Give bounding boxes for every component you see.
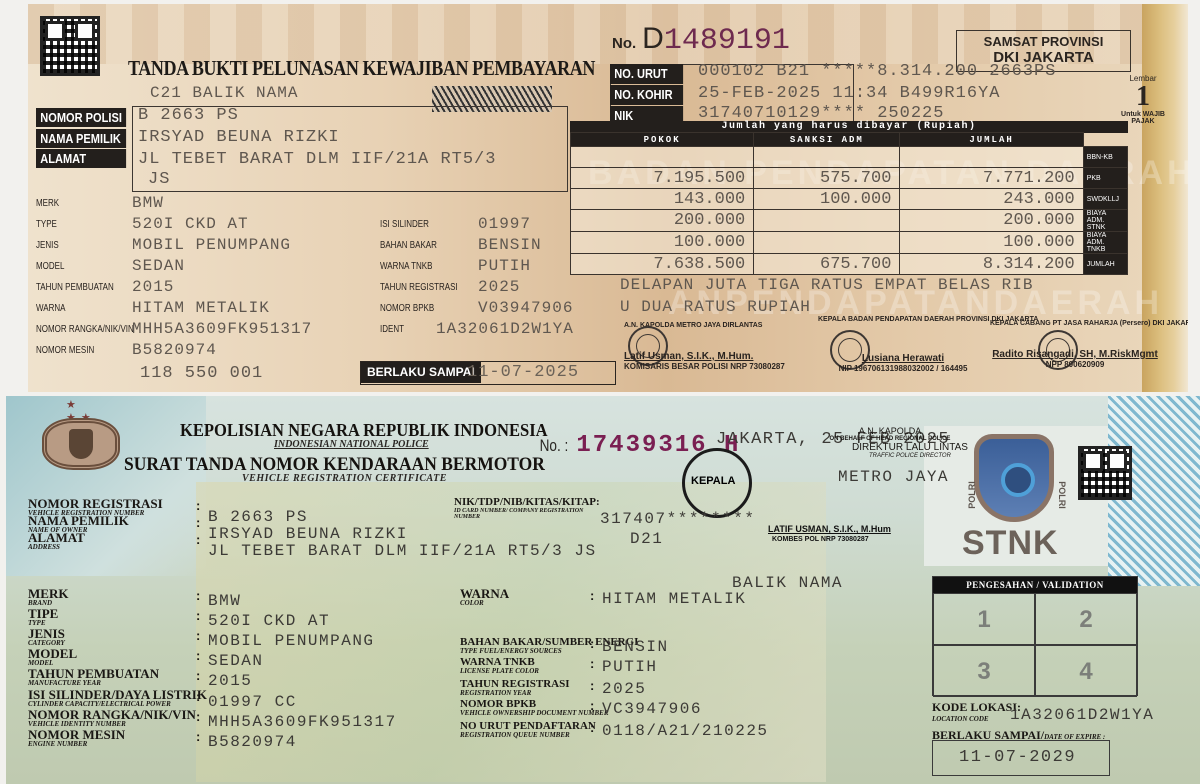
colon: : xyxy=(590,678,594,693)
stnk-field-value: 01997 CC xyxy=(208,693,297,711)
no-urut-value: 000102 B21 *****8.314.200 2663PS xyxy=(698,62,1056,81)
colon: : xyxy=(196,608,200,623)
column-sanksi: SANKSI ADM xyxy=(754,133,900,147)
colon: : xyxy=(196,668,200,683)
colon: : xyxy=(196,648,200,663)
payment-jumlah xyxy=(900,147,1083,168)
payment-type-label: BIAYA ADM. TNKB xyxy=(1083,232,1127,254)
vehicle-field-label: WARNA xyxy=(36,303,65,314)
nama-pemilik-value: IRSYAD BEUNA RIZKI xyxy=(138,128,340,147)
stnk-field-label: WARNA TNKB LICENSE PLATE COLOR xyxy=(460,656,539,675)
vehicle-field-label: WARNA TNKB xyxy=(380,261,432,272)
stnk-field-label: NOMOR BPKB VEHICLE OWNERSHIP DOCUMENT NU… xyxy=(460,698,609,717)
no-kohir-value: 25-FEB-2025 11:34 B499R16YA xyxy=(698,84,1000,103)
id-value: 317407******** xyxy=(600,510,755,528)
stnk-field-label: ISI SILINDER/DAYA LISTRIK CYLINDER CAPAC… xyxy=(28,689,207,708)
terbilang-line-2: U DUA RATUS RUPIAH xyxy=(620,298,811,316)
stnk-title: KEPOLISIAN NEGARA REPUBLIK INDONESIA xyxy=(180,420,548,441)
vehicle-field-value: PUTIH xyxy=(478,257,531,275)
vehicle-field-value: 520I CKD AT xyxy=(132,215,249,233)
payment-row: 143.000100.000243.000SWDKLLJ xyxy=(571,189,1128,210)
vehicle-field-label: TAHUN PEMBUATAN xyxy=(36,282,114,293)
stnk-field-label: TIPE TYPE xyxy=(28,608,58,627)
payment-pokok xyxy=(571,147,754,168)
stnk-field-label: ALAMAT ADDRESS xyxy=(28,532,85,551)
payment-pokok: 100.000 xyxy=(571,232,754,254)
payment-row: BBN-KB xyxy=(571,147,1128,168)
berlaku-sampai-value: 11-07-2025 xyxy=(467,363,579,382)
validation-grid: PENGESAHAN / VALIDATION 1 2 3 4 xyxy=(932,576,1138,696)
column-pokok: POKOK xyxy=(571,133,754,147)
vehicle-field-value: 2015 xyxy=(132,278,174,296)
vehicle-field-value: SEDAN xyxy=(132,257,185,275)
validation-cell-4: 4 xyxy=(1035,645,1137,697)
stnk-field-label: TAHUN PEMBUATAN MANUFACTURE YEAR xyxy=(28,668,159,687)
payment-sanksi: 675.700 xyxy=(754,254,900,275)
stnk-field-label: JENIS CATEGORY xyxy=(28,628,65,647)
payment-sanksi xyxy=(754,147,900,168)
vehicle-field-label: MERK xyxy=(36,198,59,209)
colon: : xyxy=(196,628,200,643)
validation-cell-1: 1 xyxy=(933,593,1035,645)
vehicle-field-label: NOMOR BPKB xyxy=(380,303,434,314)
payment-pokok: 200.000 xyxy=(571,210,754,232)
stnk-field-value: MHH5A3609FK951317 xyxy=(208,713,397,731)
stnk-field-label: MERK BRAND xyxy=(28,588,68,607)
kode-lokasi-label: KODE LOKASI: LOCATION CODE xyxy=(932,700,1021,723)
colon: : xyxy=(196,689,200,704)
kode-lokasi-value: 1A32061D2W1YA xyxy=(1010,706,1154,724)
stnk-field-label: WARNA COLOR xyxy=(460,588,509,607)
vehicle-field-value: B5820974 xyxy=(132,341,217,359)
payment-type-label: BBN-KB xyxy=(1083,147,1127,168)
payment-columns: POKOK SANKSI ADM JUMLAH xyxy=(571,133,1128,147)
payment-jumlah: 7.771.200 xyxy=(900,168,1083,189)
stnk-field-value: MOBIL PENUMPANG xyxy=(208,632,375,650)
payment-pokok: 143.000 xyxy=(571,189,754,210)
issuer-block: A.N. KAPOLDA ON BEHALF OF HEAD REGIONAL … xyxy=(812,426,968,459)
payment-pokok: 7.638.500 xyxy=(571,254,754,275)
nama-pemilik-label: NAMA PEMILIK xyxy=(36,129,126,148)
vehicle-field-value: BMW xyxy=(132,194,164,212)
transaction-type: C21 BALIK NAMA xyxy=(150,84,298,102)
stnk-field-value: 0118/A21/210225 xyxy=(602,722,769,740)
kepala-stamp-icon: KEPALA xyxy=(682,448,752,518)
alamat-value-cont: JS xyxy=(148,170,170,189)
vehicle-field-value: MOBIL PENUMPANG xyxy=(132,236,291,254)
payment-sanksi: 575.700 xyxy=(754,168,900,189)
payment-row: 200.000200.000BIAYA ADM. STNK xyxy=(571,210,1128,232)
colon: : xyxy=(590,656,594,671)
vehicle-field-value: 1A32061D2W1YA xyxy=(436,320,574,338)
payment-row: 7.195.500575.7007.771.200PKB xyxy=(571,168,1128,189)
colon: : xyxy=(196,515,200,530)
alamat-label: ALAMAT xyxy=(36,149,126,168)
stnk-field-value: SEDAN xyxy=(208,652,264,670)
vehicle-field-label: ISI SILINDER xyxy=(380,219,429,230)
polri-shield-icon xyxy=(974,434,1054,522)
issuer-rank: KOMBES POL NRP 73080287 xyxy=(772,536,869,543)
vehicle-field-value: 2025 xyxy=(478,278,520,296)
stnk-field-value: BENSIN xyxy=(602,638,669,656)
vehicle-field-value: V03947906 xyxy=(478,299,573,317)
terbilang-line-1: DELAPAN JUTA TIGA RATUS EMPAT BELAS RIB xyxy=(620,276,1033,294)
colon: : xyxy=(196,729,200,744)
document-title: TANDA BUKTI PELUNASAN KEWAJIBAN PEMBAYAR… xyxy=(128,56,595,81)
payment-pokok: 7.195.500 xyxy=(571,168,754,189)
stnk-field-label: NOMOR RANGKA/NIK/VIN VEHICLE IDENTITY NU… xyxy=(28,709,196,728)
no-kohir-label: NO. KOHIR xyxy=(610,85,683,105)
colon: : xyxy=(196,709,200,724)
id-label: NIK/TDP/NIB/KITAS/KITAP: ID CARD NUMBER/… xyxy=(454,496,600,520)
tbpkp-document: BADAN PENDAPATAN DAERAH ANPENDAPATANDAER… xyxy=(28,4,1188,392)
vehicle-field-label: IDENT xyxy=(380,324,404,335)
stnk-field-value: 2025 xyxy=(602,680,646,698)
stnk-hologram-badge: STNK POLRI POLRI xyxy=(956,430,1074,570)
lembar-indicator: Lembar 1 Untuk WAJIB PAJAK xyxy=(1118,74,1168,125)
colon: : xyxy=(590,698,594,713)
polri-crest-icon xyxy=(42,418,120,470)
vehicle-field-value: 01997 xyxy=(478,215,531,233)
colon: : xyxy=(196,532,200,547)
alamat-value: JL TEBET BARAT DLM IIF/21A RT5/3 xyxy=(138,150,496,169)
colon: : xyxy=(196,588,200,603)
stnk-field-value: B5820974 xyxy=(208,733,297,751)
issuer-name: LATIF USMAN, S.I.K., M.Hum xyxy=(768,524,891,534)
stnk-document: ★★ ★ KEPOLISIAN NEGARA REPUBLIK INDONESI… xyxy=(6,396,1200,784)
vehicle-field-label: TAHUN REGISTRASI xyxy=(380,282,458,293)
payment-jumlah: 200.000 xyxy=(900,210,1083,232)
extra-code-line: 118 550 001 xyxy=(140,364,263,383)
payment-type-label: BIAYA ADM. STNK xyxy=(1083,210,1127,232)
qr-code-icon xyxy=(40,16,100,76)
vehicle-field-label: JENIS xyxy=(36,240,59,251)
colon: : xyxy=(590,720,594,735)
vehicle-field-label: NOMOR RANGKA/NIK/VIN xyxy=(36,324,134,335)
payment-jumlah: 100.000 xyxy=(900,232,1083,254)
vehicle-field-label: MODEL xyxy=(36,261,64,272)
stnk-field-value: B 2663 PS xyxy=(208,508,308,526)
colon: : xyxy=(590,588,594,603)
stnk-field-label: NO URUT PENDAFTARAN REGISTRATION QUEUE N… xyxy=(460,720,596,739)
vehicle-field-label: TYPE xyxy=(36,219,57,230)
stnk-field-label: NOMOR MESIN ENGINE NUMBER xyxy=(28,729,125,748)
expire-box: 11-07-2029 xyxy=(932,740,1110,776)
document-number: No.D1489191 xyxy=(612,22,790,58)
berlaku-sampai-label: BERLAKU SAMPAI xyxy=(361,362,481,383)
qr-code-icon xyxy=(1078,446,1132,500)
stnk-field-label: TAHUN REGISTRASI REGISTRATION YEAR xyxy=(460,678,570,697)
payment-sanksi xyxy=(754,210,900,232)
stnk-field-value: BMW xyxy=(208,592,241,610)
stnk-field-value: 2015 xyxy=(208,672,252,690)
stnk-field-value: VC3947906 xyxy=(602,700,702,718)
colon: : xyxy=(590,636,594,651)
payment-type-label: SWDKLLJ xyxy=(1083,189,1127,210)
nomor-polisi-value: B 2663 PS xyxy=(138,106,239,125)
payment-jumlah: 243.000 xyxy=(900,189,1083,210)
signatory-3: KEPALA CABANG PT JASA RAHARJA (Persero) … xyxy=(990,320,1160,369)
payment-row: 7.638.500675.7008.314.200JUMLAH xyxy=(571,254,1128,275)
payment-sanksi xyxy=(754,232,900,254)
extra-code: D21 xyxy=(630,530,663,548)
stnk-field-label: MODEL MODEL xyxy=(28,648,77,667)
stnk-field-value: PUTIH xyxy=(602,658,658,676)
stnk-field-value: HITAM METALIK xyxy=(602,590,746,608)
payment-row: 100.000100.000BIAYA ADM. TNKB xyxy=(571,232,1128,254)
stnk-field-value: 520I CKD AT xyxy=(208,612,330,630)
expire-value: 11-07-2029 xyxy=(959,748,1076,767)
vehicle-field-value: BENSIN xyxy=(478,236,542,254)
nomor-polisi-label: NOMOR POLISI xyxy=(36,108,126,127)
signatory-2: KEPALA BADAN PENDAPATAN DAERAH PROVINSI … xyxy=(818,316,988,373)
stnk-doc-title-en: VEHICLE REGISTRATION CERTIFICATE xyxy=(242,473,447,484)
stnk-field-value: JL TEBET BARAT DLM IIF/21A RT5/3 JS xyxy=(208,542,597,560)
column-spacer xyxy=(1083,133,1127,147)
validation-header: PENGESAHAN / VALIDATION xyxy=(933,577,1137,593)
payment-table: POKOK SANKSI ADM JUMLAH BBN-KB7.195.5005… xyxy=(570,132,1128,275)
no-urut-label: NO. URUT xyxy=(610,64,683,84)
berlaku-sampai-box: BERLAKU SAMPAI 11-07-2025 xyxy=(360,361,616,385)
vehicle-field-value: MHH5A3609FK951317 xyxy=(132,320,312,338)
issuer-region: METRO JAYA xyxy=(838,468,949,486)
payment-type-label: PKB xyxy=(1083,168,1127,189)
stnk-title-en: INDONESIAN NATIONAL POLICE xyxy=(274,439,429,450)
stnk-field-value: IRSYAD BEUNA RIZKI xyxy=(208,525,408,543)
payment-jumlah: 8.314.200 xyxy=(900,254,1083,275)
vehicle-field-value: HITAM METALIK xyxy=(132,299,270,317)
validation-cell-3: 3 xyxy=(933,645,1035,697)
vehicle-field-label: NOMOR MESIN xyxy=(36,345,94,356)
signatory-1: A.N. KAPOLDA METRO JAYA DIRLANTAS Latif … xyxy=(624,322,744,371)
validation-cell-2: 2 xyxy=(1035,593,1137,645)
balik-nama-note: BALIK NAMA xyxy=(732,574,843,592)
column-jumlah: JUMLAH xyxy=(900,133,1083,147)
colon: : xyxy=(196,498,200,513)
vehicle-field-label: BAHAN BAKAR xyxy=(380,240,437,251)
payment-type-label: JUMLAH xyxy=(1083,254,1127,275)
payment-sanksi: 100.000 xyxy=(754,189,900,210)
